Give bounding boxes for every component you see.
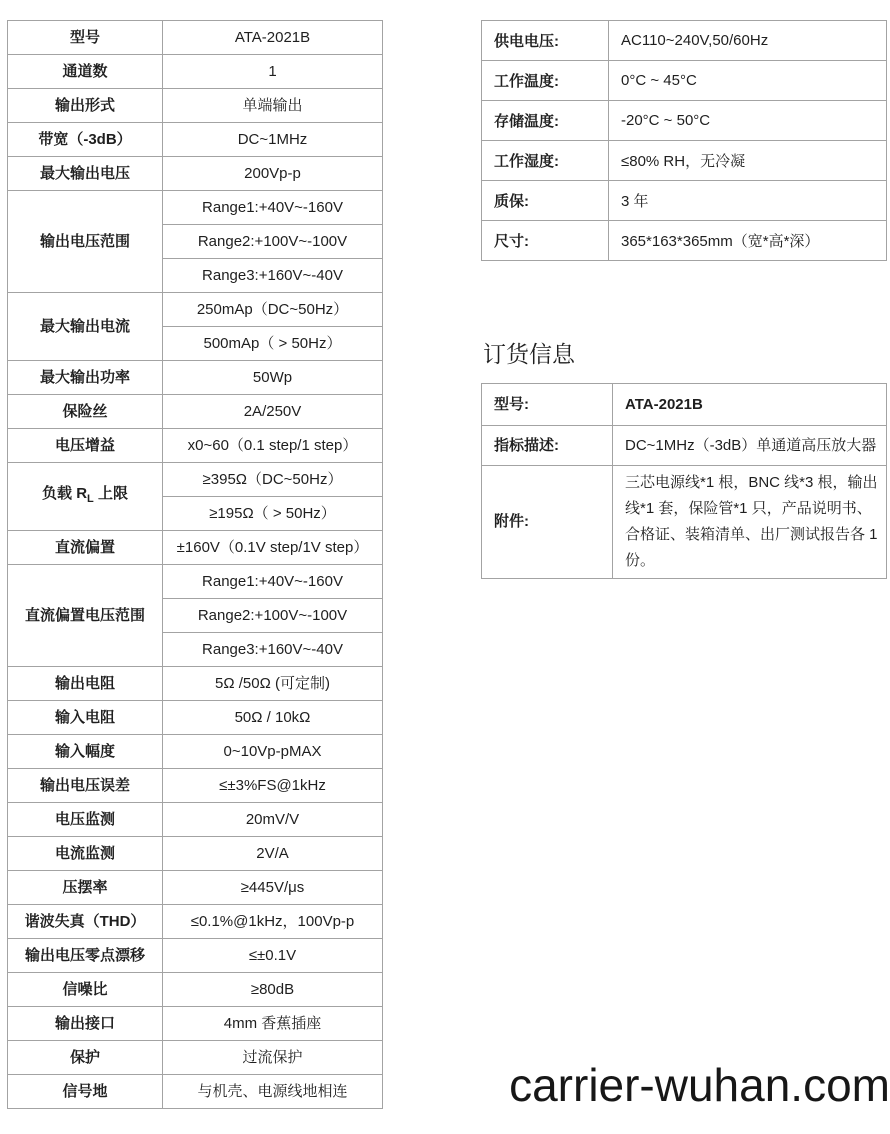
spec-row: 压摆率≥445V/μs xyxy=(8,871,383,905)
spec-row: 型号ATA-2021B xyxy=(8,21,383,55)
environment-row: 工作湿度:≤80% RH，无冷凝 xyxy=(482,141,887,181)
spec-label: 负载 RL 上限 xyxy=(8,463,163,531)
spec-value: 0~10Vp-pMAX xyxy=(163,735,383,769)
spec-row: 输出电压误差≤±3%FS@1kHz xyxy=(8,769,383,803)
spec-label: 电流监测 xyxy=(8,837,163,871)
spec-value: ≥195Ω（ > 50Hz） xyxy=(163,497,383,531)
spec-row: 电流监测2V/A xyxy=(8,837,383,871)
spec-value: ≤0.1%@1kHz，100Vp-p xyxy=(163,905,383,939)
environment-value: 365*163*365mm（宽*高*深） xyxy=(609,221,887,261)
spec-value: 单端输出 xyxy=(163,89,383,123)
environment-label: 工作湿度: xyxy=(482,141,609,181)
spec-row: 电压监测20mV/V xyxy=(8,803,383,837)
ordering-value: ATA-2021B xyxy=(613,384,887,426)
spec-label: 保护 xyxy=(8,1041,163,1075)
spec-row: 保险丝2A/250V xyxy=(8,395,383,429)
spec-value: Range1:+40V~-160V xyxy=(163,191,383,225)
spec-label: 最大输出功率 xyxy=(8,361,163,395)
environment-value: 3 年 xyxy=(609,181,887,221)
spec-label: 直流偏置电压范围 xyxy=(8,565,163,667)
ordering-label: 型号: xyxy=(482,384,613,426)
environment-label: 尺寸: xyxy=(482,221,609,261)
spec-value: 50Wp xyxy=(163,361,383,395)
spec-row: 保护过流保护 xyxy=(8,1041,383,1075)
spec-value: 与机壳、电源线地相连 xyxy=(163,1075,383,1109)
spec-table: 型号ATA-2021B通道数1输出形式单端输出带宽（-3dB）DC~1MHz最大… xyxy=(7,20,383,1109)
spec-label: 最大输出电压 xyxy=(8,157,163,191)
spec-label: 电压增益 xyxy=(8,429,163,463)
spec-value: ≤±3%FS@1kHz xyxy=(163,769,383,803)
ordering-info-heading: 订货信息 xyxy=(483,336,575,369)
spec-value: 1 xyxy=(163,55,383,89)
spec-value: x0~60（0.1 step/1 step） xyxy=(163,429,383,463)
spec-label: 型号 xyxy=(8,21,163,55)
environment-value: -20°C ~ 50°C xyxy=(609,101,887,141)
environment-table: 供电电压:AC110~240V,50/60Hz工作温度:0°C ~ 45°C存储… xyxy=(481,20,887,261)
spec-value: 4mm 香蕉插座 xyxy=(163,1007,383,1041)
spec-table-body: 型号ATA-2021B通道数1输出形式单端输出带宽（-3dB）DC~1MHz最大… xyxy=(8,21,383,1109)
environment-label: 供电电压: xyxy=(482,21,609,61)
spec-row: 带宽（-3dB）DC~1MHz xyxy=(8,123,383,157)
spec-row: 输入幅度0~10Vp-pMAX xyxy=(8,735,383,769)
spec-label: 谐波失真（THD） xyxy=(8,905,163,939)
spec-value: ≥395Ω（DC~50Hz） xyxy=(163,463,383,497)
spec-row: 通道数1 xyxy=(8,55,383,89)
spec-row: 输出电阻5Ω /50Ω (可定制) xyxy=(8,667,383,701)
spec-row: 输出电压范围Range1:+40V~-160V xyxy=(8,191,383,225)
spec-value: 200Vp-p xyxy=(163,157,383,191)
watermark-text: carrier-wuhan.com xyxy=(509,1058,890,1112)
spec-value: DC~1MHz xyxy=(163,123,383,157)
spec-value: Range2:+100V~-100V xyxy=(163,225,383,259)
environment-row: 质保:3 年 xyxy=(482,181,887,221)
environment-table-body: 供电电压:AC110~240V,50/60Hz工作温度:0°C ~ 45°C存储… xyxy=(482,21,887,261)
spec-row: 直流偏置±160V（0.1V step/1V step） xyxy=(8,531,383,565)
spec-row: 信噪比≥80dB xyxy=(8,973,383,1007)
spec-row: 直流偏置电压范围Range1:+40V~-160V xyxy=(8,565,383,599)
spec-label: 输入幅度 xyxy=(8,735,163,769)
ordering-table-body: 型号:ATA-2021B指标描述:DC~1MHz（-3dB）单通道高压放大器附件… xyxy=(482,384,887,579)
spec-label: 输出形式 xyxy=(8,89,163,123)
spec-label: 输出电压误差 xyxy=(8,769,163,803)
environment-row: 存储温度:-20°C ~ 50°C xyxy=(482,101,887,141)
spec-label: 输出电压范围 xyxy=(8,191,163,293)
spec-value: Range1:+40V~-160V xyxy=(163,565,383,599)
environment-row: 工作温度:0°C ~ 45°C xyxy=(482,61,887,101)
spec-row: 谐波失真（THD）≤0.1%@1kHz，100Vp-p xyxy=(8,905,383,939)
spec-value: 过流保护 xyxy=(163,1041,383,1075)
spec-label: 压摆率 xyxy=(8,871,163,905)
spec-label: 输出接口 xyxy=(8,1007,163,1041)
ordering-row: 指标描述:DC~1MHz（-3dB）单通道高压放大器 xyxy=(482,426,887,466)
ordering-table: 型号:ATA-2021B指标描述:DC~1MHz（-3dB）单通道高压放大器附件… xyxy=(481,383,887,579)
spec-row: 最大输出功率50Wp xyxy=(8,361,383,395)
ordering-row: 型号:ATA-2021B xyxy=(482,384,887,426)
environment-row: 尺寸:365*163*365mm（宽*高*深） xyxy=(482,221,887,261)
spec-value: 50Ω / 10kΩ xyxy=(163,701,383,735)
spec-row: 最大输出电流250mAp（DC~50Hz） xyxy=(8,293,383,327)
spec-row: 输出电压零点漂移≤±0.1V xyxy=(8,939,383,973)
spec-row: 输入电阻50Ω / 10kΩ xyxy=(8,701,383,735)
spec-value: ≤±0.1V xyxy=(163,939,383,973)
environment-value: 0°C ~ 45°C xyxy=(609,61,887,101)
spec-value: ≥80dB xyxy=(163,973,383,1007)
spec-row: 负载 RL 上限≥395Ω（DC~50Hz） xyxy=(8,463,383,497)
spec-label: 输出电压零点漂移 xyxy=(8,939,163,973)
spec-row: 电压增益x0~60（0.1 step/1 step） xyxy=(8,429,383,463)
spec-value: 2V/A xyxy=(163,837,383,871)
spec-label: 直流偏置 xyxy=(8,531,163,565)
environment-value: ≤80% RH，无冷凝 xyxy=(609,141,887,181)
spec-row: 最大输出电压200Vp-p xyxy=(8,157,383,191)
spec-value: 5Ω /50Ω (可定制) xyxy=(163,667,383,701)
environment-row: 供电电压:AC110~240V,50/60Hz xyxy=(482,21,887,61)
ordering-value: DC~1MHz（-3dB）单通道高压放大器 xyxy=(613,426,887,466)
spec-value: ±160V（0.1V step/1V step） xyxy=(163,531,383,565)
spec-value: ATA-2021B xyxy=(163,21,383,55)
spec-value: Range3:+160V~-40V xyxy=(163,259,383,293)
spec-label: 电压监测 xyxy=(8,803,163,837)
spec-value: Range3:+160V~-40V xyxy=(163,633,383,667)
spec-label: 最大输出电流 xyxy=(8,293,163,361)
environment-label: 存储温度: xyxy=(482,101,609,141)
spec-value: 500mAp（ > 50Hz） xyxy=(163,327,383,361)
spec-label: 通道数 xyxy=(8,55,163,89)
spec-value: 20mV/V xyxy=(163,803,383,837)
spec-value: Range2:+100V~-100V xyxy=(163,599,383,633)
spec-label: 信噪比 xyxy=(8,973,163,1007)
spec-label: 输出电阻 xyxy=(8,667,163,701)
environment-label: 工作温度: xyxy=(482,61,609,101)
spec-label: 带宽（-3dB） xyxy=(8,123,163,157)
spec-row: 输出形式单端输出 xyxy=(8,89,383,123)
ordering-row: 附件:三芯电源线*1 根，BNC 线*3 根，输出线*1 套，保险管*1 只，产… xyxy=(482,466,887,579)
spec-label: 输入电阻 xyxy=(8,701,163,735)
spec-label: 保险丝 xyxy=(8,395,163,429)
spec-row: 信号地与机壳、电源线地相连 xyxy=(8,1075,383,1109)
spec-label: 信号地 xyxy=(8,1075,163,1109)
ordering-label: 指标描述: xyxy=(482,426,613,466)
ordering-value: 三芯电源线*1 根，BNC 线*3 根，输出线*1 套，保险管*1 只，产品说明… xyxy=(613,466,887,579)
spec-value: 250mAp（DC~50Hz） xyxy=(163,293,383,327)
environment-label: 质保: xyxy=(482,181,609,221)
spec-row: 输出接口4mm 香蕉插座 xyxy=(8,1007,383,1041)
spec-value: ≥445V/μs xyxy=(163,871,383,905)
ordering-label: 附件: xyxy=(482,466,613,579)
spec-sheet-page: 型号ATA-2021B通道数1输出形式单端输出带宽（-3dB）DC~1MHz最大… xyxy=(0,0,890,1134)
environment-value: AC110~240V,50/60Hz xyxy=(609,21,887,61)
spec-value: 2A/250V xyxy=(163,395,383,429)
